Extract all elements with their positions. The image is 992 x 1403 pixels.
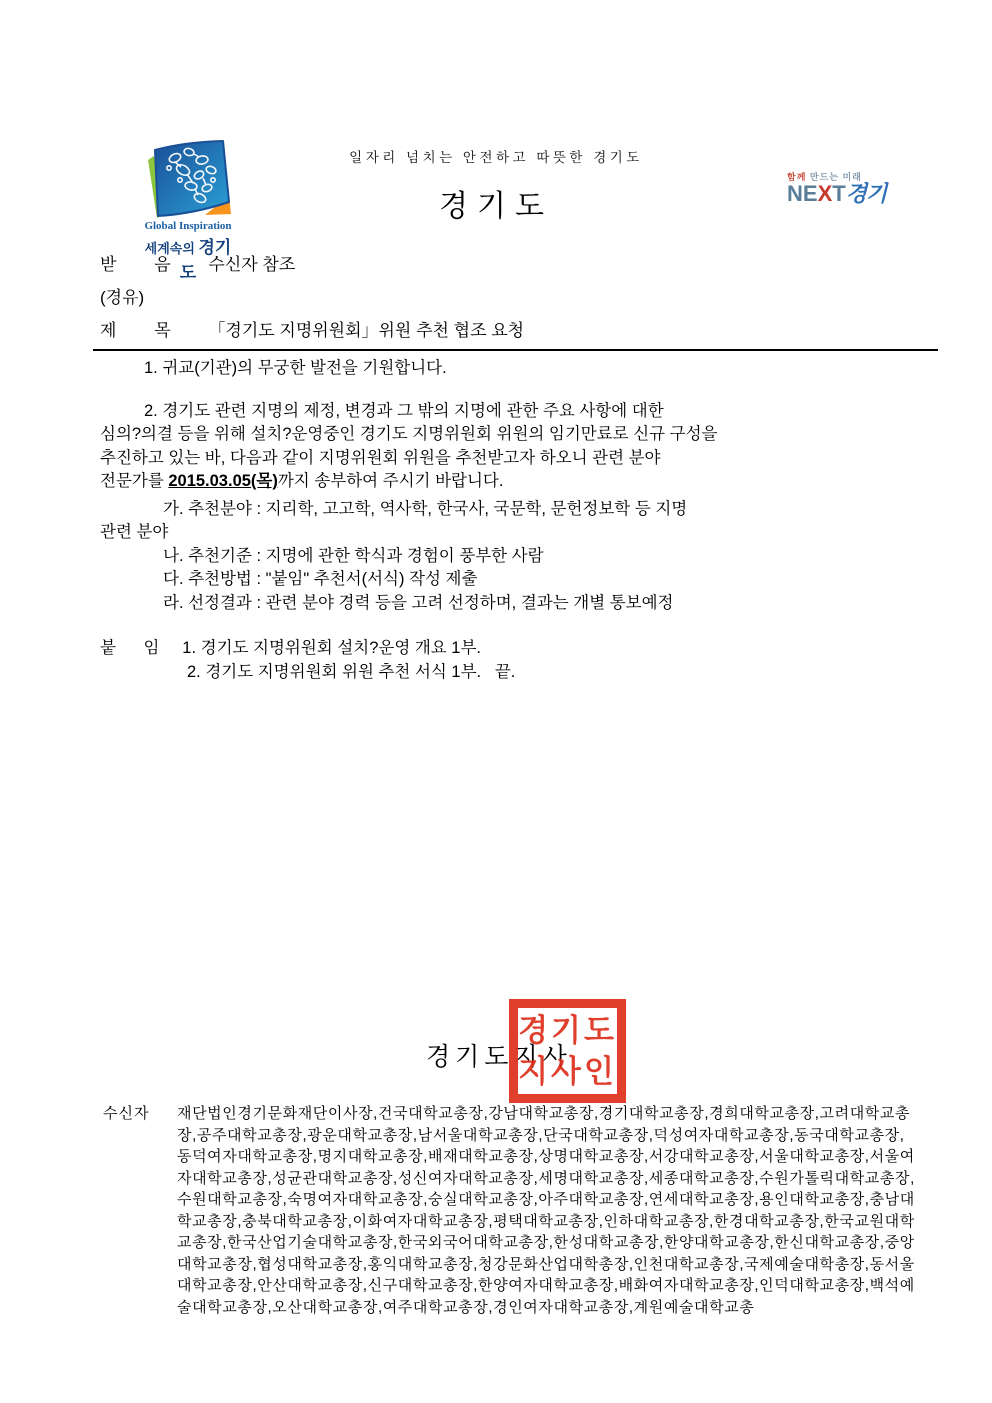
deadline-suffix: 까지 송부하여 주시기 바랍니다. [278,472,504,490]
document-header: 받 음 수신자 참조 (경유) 제 목 「경기도 지명위원회」위원 추천 협조 … [100,248,940,347]
body-line: 2. 경기도 관련 지명의 제정, 변경과 그 밖의 지명에 관한 주요 사항에… [100,400,922,424]
recipient-row: 받 음 수신자 참조 [100,248,940,281]
province-slogan: 일자리 넘치는 안전하고 따뜻한 경기도 [0,146,992,166]
attachment-line-1: 붙 임 1. 경기도 지명위원회 설치?운영 개요 1부. [100,637,922,661]
next-logo-gyeonggi: 경기 [846,181,887,206]
body-line-deadline: 전문가를 2015.03.05(목)까지 송부하여 주시기 바랍니다. [100,470,922,494]
body-line: 심의?의결 등을 위해 설치?운영중인 경기도 지명위원회 위원의 임기만료로 … [100,423,922,447]
item-ga: 가. 추천분야 : 지리학, 고고학, 역사학, 한국사, 국문학, 문헌정보학… [100,498,922,522]
body-line: 추진하고 있는 바, 다음과 같이 지명위원회 위원을 추천받고자 하오니 관련… [100,447,922,471]
header-divider [93,349,938,351]
item-ga-wrap: 관련 분야 [100,521,922,545]
via-row: (경유) [100,281,940,314]
item-ra: 라. 선정결과 : 관련 분야 경력 등을 고려 선정하며, 결과는 개별 통보… [100,592,922,616]
next-logo-t: T [832,181,845,206]
recipients-list: 재단법인경기문화재단이사장,건국대학교총장,강남대학교총장,경기대학교총장,경희… [177,1103,919,1318]
next-logo-x: X [818,181,833,206]
seal-row-2: 지사인 [518,1053,617,1091]
document-page: Global Inspiration 세계속의 경기도 일자리 넘치는 안전하고… [0,0,992,1403]
official-seal-stamp: 경기도 지사인 [509,999,626,1103]
recipients-section: 수신자 재단법인경기문화재단이사장,건국대학교총장,강남대학교총장,경기대학교총… [103,1103,923,1318]
attachment-line-2: 2. 경기도 지명위원회 위원 추천 서식 1부. 끝. [100,661,922,685]
seal-row-1: 경기도 [518,1012,617,1050]
next-logo-wordmark: NEXT경기 [787,183,886,205]
next-logo-ne: NE [787,181,818,206]
item-da: 다. 추천방법 : "붙임" 추천서(서식) 작성 제출 [100,568,922,592]
recipients-label: 수신자 [103,1103,177,1318]
deadline-date: 2015.03.05(목) [168,472,278,490]
item-na: 나. 추천기준 : 지명에 관한 학식과 경험이 풍부한 사람 [100,545,922,569]
document-body: 1. 귀교(기관)의 무궁한 발전을 기원합니다. 2. 경기도 관련 지명의 … [100,357,922,684]
body-greeting: 1. 귀교(기관)의 무궁한 발전을 기원합니다. [100,357,922,381]
deadline-prefix: 전문가를 [100,472,168,490]
subject-row: 제 목 「경기도 지명위원회」위원 추천 협조 요청 [100,314,940,347]
next-gyeonggi-logo: 함께 만드는 미래 NEXT경기 [787,170,886,205]
